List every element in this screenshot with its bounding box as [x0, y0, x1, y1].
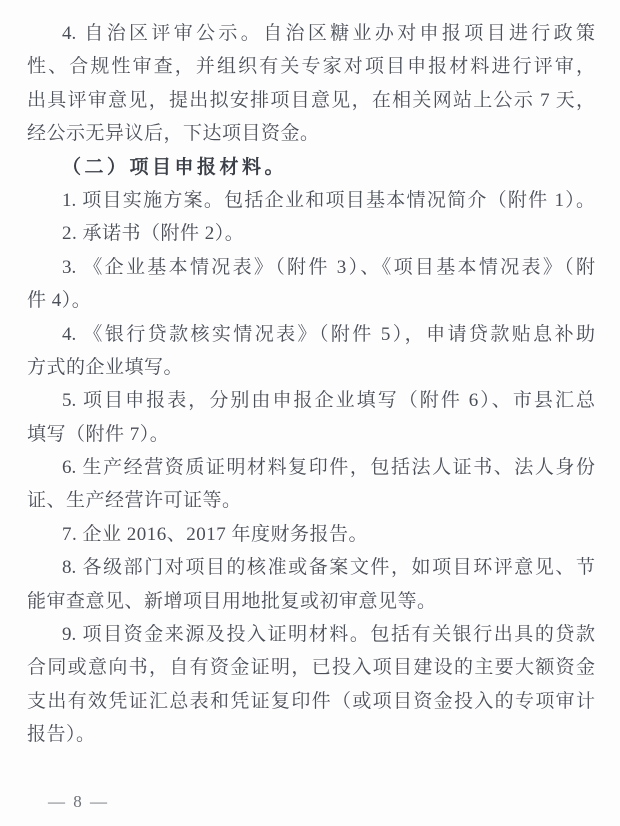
item-2-line-1: 2. 承诺书（附件 2）。 [27, 217, 595, 250]
item-4-line-2: 方式的企业填写。 [27, 351, 595, 384]
item-3-line-1: 3. 《企业基本情况表》（附件 3）、《项目基本情况表》（附 [27, 251, 595, 284]
item-4-line-1: 4. 《银行贷款核实情况表》（附件 5），申请贷款贴息补助 [27, 318, 595, 351]
item-7-line-1: 7. 企业 2016、2017 年度财务报告。 [27, 518, 595, 551]
item-8-line-1: 8. 各级部门对项目的核准或备案文件，如项目环评意见、节 [27, 551, 595, 584]
item-5-line-1: 5. 项目申报表，分别由申报企业填写（附件 6）、市县汇总 [27, 384, 595, 417]
item-9-line-2: 合同或意向书，自有资金证明，已投入项目建设的主要大额资金 [27, 651, 595, 684]
item-8-line-2: 能审查意见、新增项目用地批复或初审意见等。 [27, 585, 595, 618]
page-number: — 8 — [27, 793, 595, 811]
item-1-line-1: 1. 项目实施方案。包括企业和项目基本情况简介（附件 1）。 [27, 184, 595, 217]
paragraph-4-line-1: 4. 自治区评审公示。自治区糖业办对申报项目进行政策 [27, 17, 595, 50]
paragraph-4-line-2: 性、合规性审查，并组织有关专家对项目申报材料进行评审， [27, 50, 595, 83]
paragraph-4-line-4: 经公示无异议后，下达项目资金。 [27, 117, 595, 150]
paragraph-4-line-3: 出具评审意见，提出拟安排项目意见，在相关网站上公示 7 天， [27, 84, 595, 117]
section-heading: （二）项目申报材料。 [27, 151, 595, 184]
item-9-line-3: 支出有效凭证汇总表和凭证复印件（或项目资金投入的专项审计 [27, 685, 595, 718]
item-9-line-4: 报告）。 [27, 718, 595, 751]
item-5-line-2: 填写（附件 7）。 [27, 418, 595, 451]
item-6-line-2: 证、生产经营许可证等。 [27, 484, 595, 517]
document-page: 4. 自治区评审公示。自治区糖业办对申报项目进行政策 性、合规性审查，并组织有关… [0, 0, 620, 826]
item-3-line-2: 件 4）。 [27, 284, 595, 317]
item-9-line-1: 9. 项目资金来源及投入证明材料。包括有关银行出具的贷款 [27, 618, 595, 651]
item-6-line-1: 6. 生产经营资质证明材料复印件，包括法人证书、法人身份 [27, 451, 595, 484]
